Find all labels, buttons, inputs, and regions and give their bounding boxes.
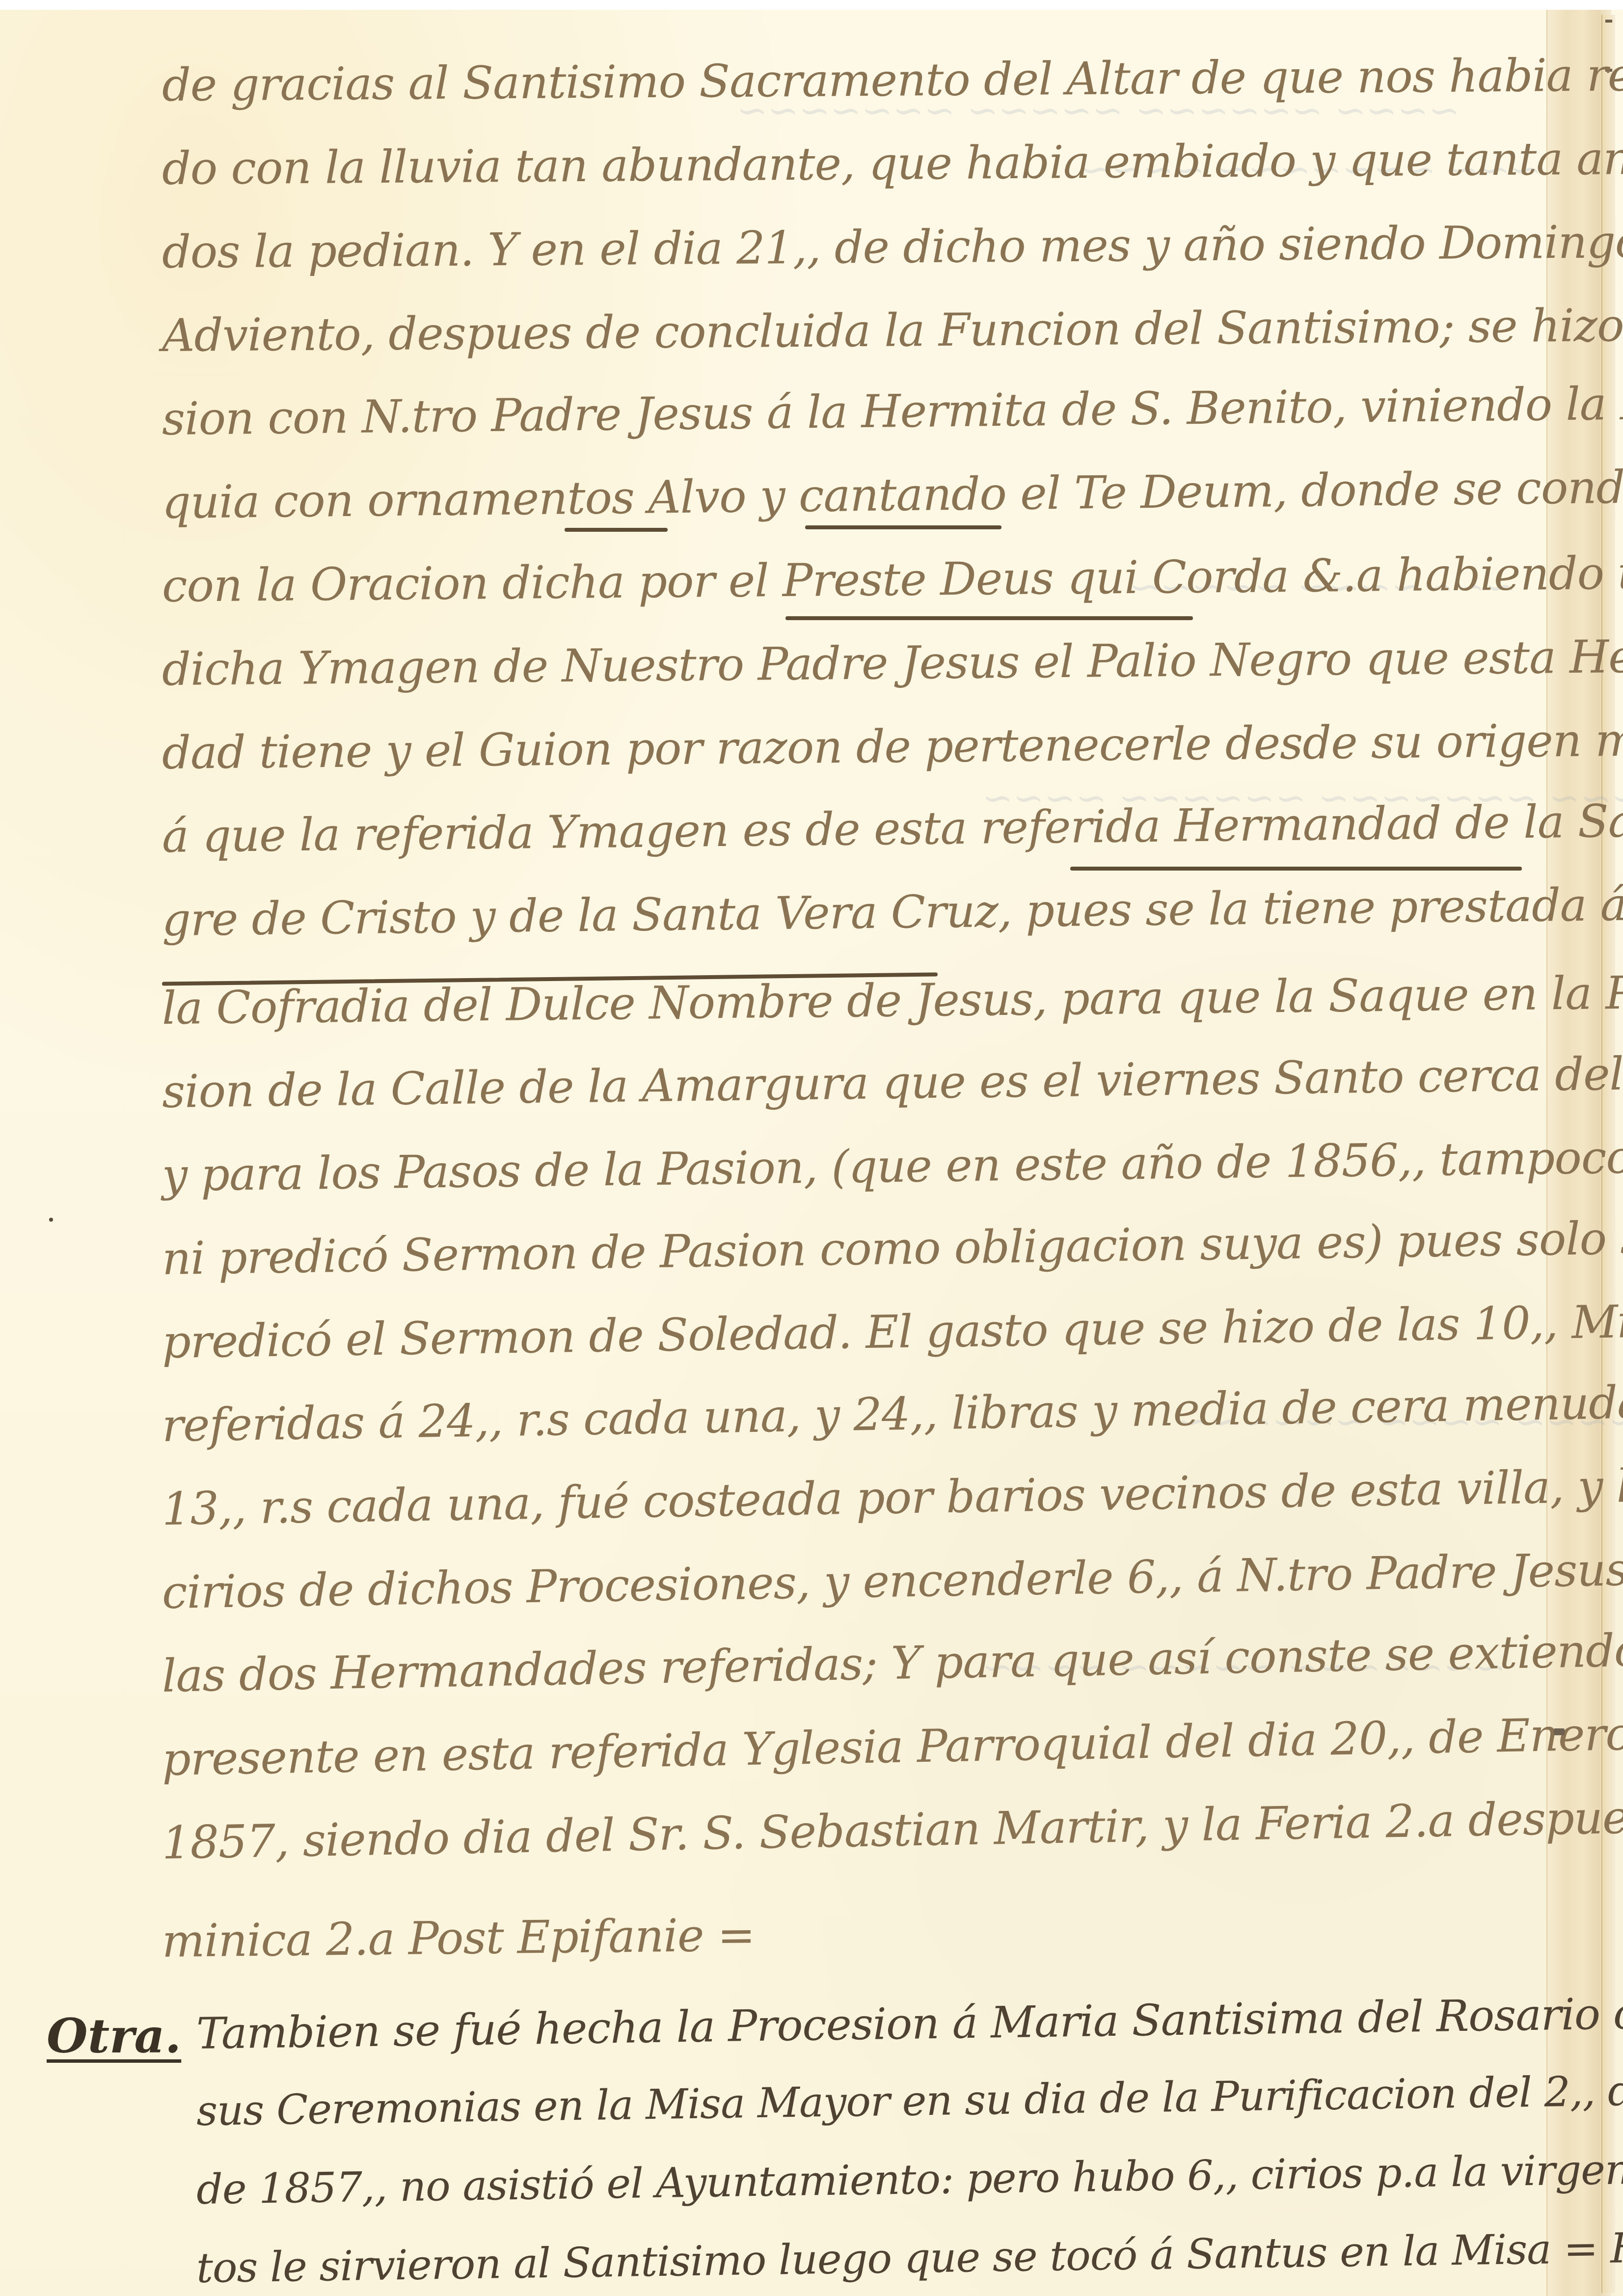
manuscript-line: sus Ceremonias en la Misa Mayor en su di…	[196, 2064, 1623, 2135]
edge-ink-mark	[1605, 20, 1612, 23]
ink-speck	[49, 1218, 53, 1222]
manuscript-body: de gracias al Santisimo Sacramento del A…	[0, 0, 1546, 2296]
manuscript-line: tos le sirvieron al Santisimo luego que …	[196, 2223, 1623, 2292]
manuscript-line: sion de la Calle de la Amargura que es e…	[162, 1045, 1623, 1118]
manuscript-line: presente en esta referida Yglesia Parroq…	[162, 1706, 1623, 1786]
ink-stain	[1554, 1728, 1565, 1735]
manuscript-line: quia con ornamentos Alvo y cantando el T…	[162, 460, 1623, 529]
manuscript-line: do con la lluvia tan abundante, que habi…	[162, 131, 1623, 195]
manuscript-line: las dos Hermandades referidas; Y para qu…	[162, 1623, 1623, 1702]
manuscript-line: Adviento, despues de concluida la Funcio…	[162, 298, 1623, 362]
underline-stroke	[805, 525, 1001, 529]
manuscript-line: referidas á 24,, r.s cada una, y 24,, li…	[162, 1375, 1623, 1452]
manuscript-line: con la Oracion dicha por el Preste Deus …	[162, 546, 1623, 612]
manuscript-line: ni predicó Sermon de Pasion como obligac…	[162, 1211, 1623, 1285]
manuscript-line: gre de Cristo y de la Santa Vera Cruz, p…	[162, 878, 1623, 946]
manuscript-line: Tambien se fué hecha la Procesion á Mari…	[196, 1988, 1623, 2059]
underline-stroke	[1070, 867, 1522, 871]
manuscript-line: de 1857,, no asistió el Ayuntamiento: pe…	[196, 2144, 1623, 2214]
manuscript-line: de gracias al Santisimo Sacramento del A…	[162, 48, 1623, 111]
manuscript-line: y para los Pasos de la Pasion, (que en e…	[162, 1128, 1623, 1202]
margin-note: Otra.	[47, 2008, 181, 2064]
manuscript-line: dos la pedian. Y en el dia 21,, de dicho…	[162, 214, 1623, 278]
manuscript-line: á que la referida Ymagen es de esta refe…	[162, 794, 1623, 863]
manuscript-line: dicha Ymagen de Nuestro Padre Jesus el P…	[162, 629, 1623, 696]
manuscript-line: 1857, siendo dia del Sr. S. Sebastian Ma…	[162, 1787, 1623, 1869]
underline-stroke	[785, 616, 1193, 620]
underline-stroke	[565, 528, 668, 532]
manuscript-line: predicó el Sermon de Soledad. El gasto q…	[162, 1293, 1623, 1368]
manuscript-line: cirios de dichos Procesiones, y encender…	[162, 1540, 1623, 1619]
manuscript-line: 13,, r.s cada una, fué costeada por bari…	[162, 1459, 1623, 1535]
manuscript-line: minica 2.a Post Epifanie =	[162, 1909, 755, 1968]
manuscript-line: sion con N.tro Padre Jesus á la Hermita …	[162, 376, 1623, 445]
manuscript-line: dad tiene y el Guion por razon de perten…	[162, 713, 1623, 779]
